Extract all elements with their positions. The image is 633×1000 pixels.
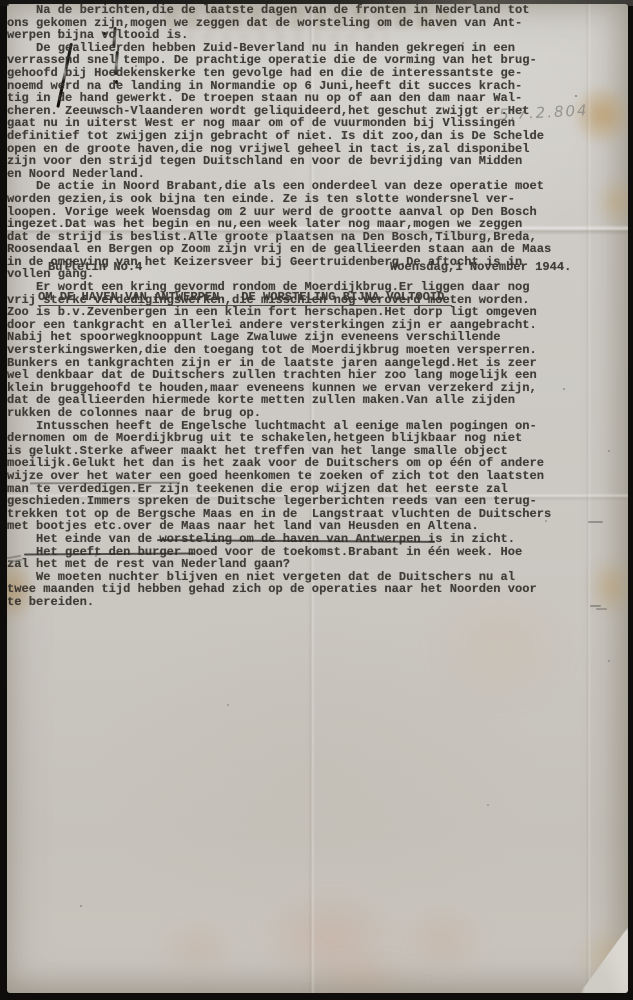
paragraph-zuid-beverland: De geallieerden hebben Zuid-Beverland nu… xyxy=(7,42,628,181)
archive-photo-of-bulletin: { "document": { "header": { "bulletin_la… xyxy=(0,0,633,1000)
paragraph-noord-brabant: De actie in Noord Brabant,die als een on… xyxy=(7,180,628,281)
paragraph-nuchter-blijven: We moeten nuchter blijven en niet verget… xyxy=(7,571,628,609)
paragraph-burger-moed: Het geeft den burger moed voor de toekom… xyxy=(7,546,628,571)
body-text: Na de berichten,die de laatste dagen van… xyxy=(7,4,628,609)
pencil-margin-dash xyxy=(590,605,601,607)
paragraph-luchtmacht: Intusschen heeft de Engelsche luchtmacht… xyxy=(7,420,628,533)
paragraph-intro: Na de berichten,die de laatste dagen van… xyxy=(7,4,628,42)
pencil-margin-dash xyxy=(588,521,603,523)
paper-sheet: 5.7.2.804 Bulletin No.4 Woensdag,1 Novem… xyxy=(7,4,628,993)
paragraph-moerdijkbrug: Er wordt een kring gevormd rondom de Moe… xyxy=(7,281,628,420)
ink-bleed-through xyxy=(155,916,240,978)
